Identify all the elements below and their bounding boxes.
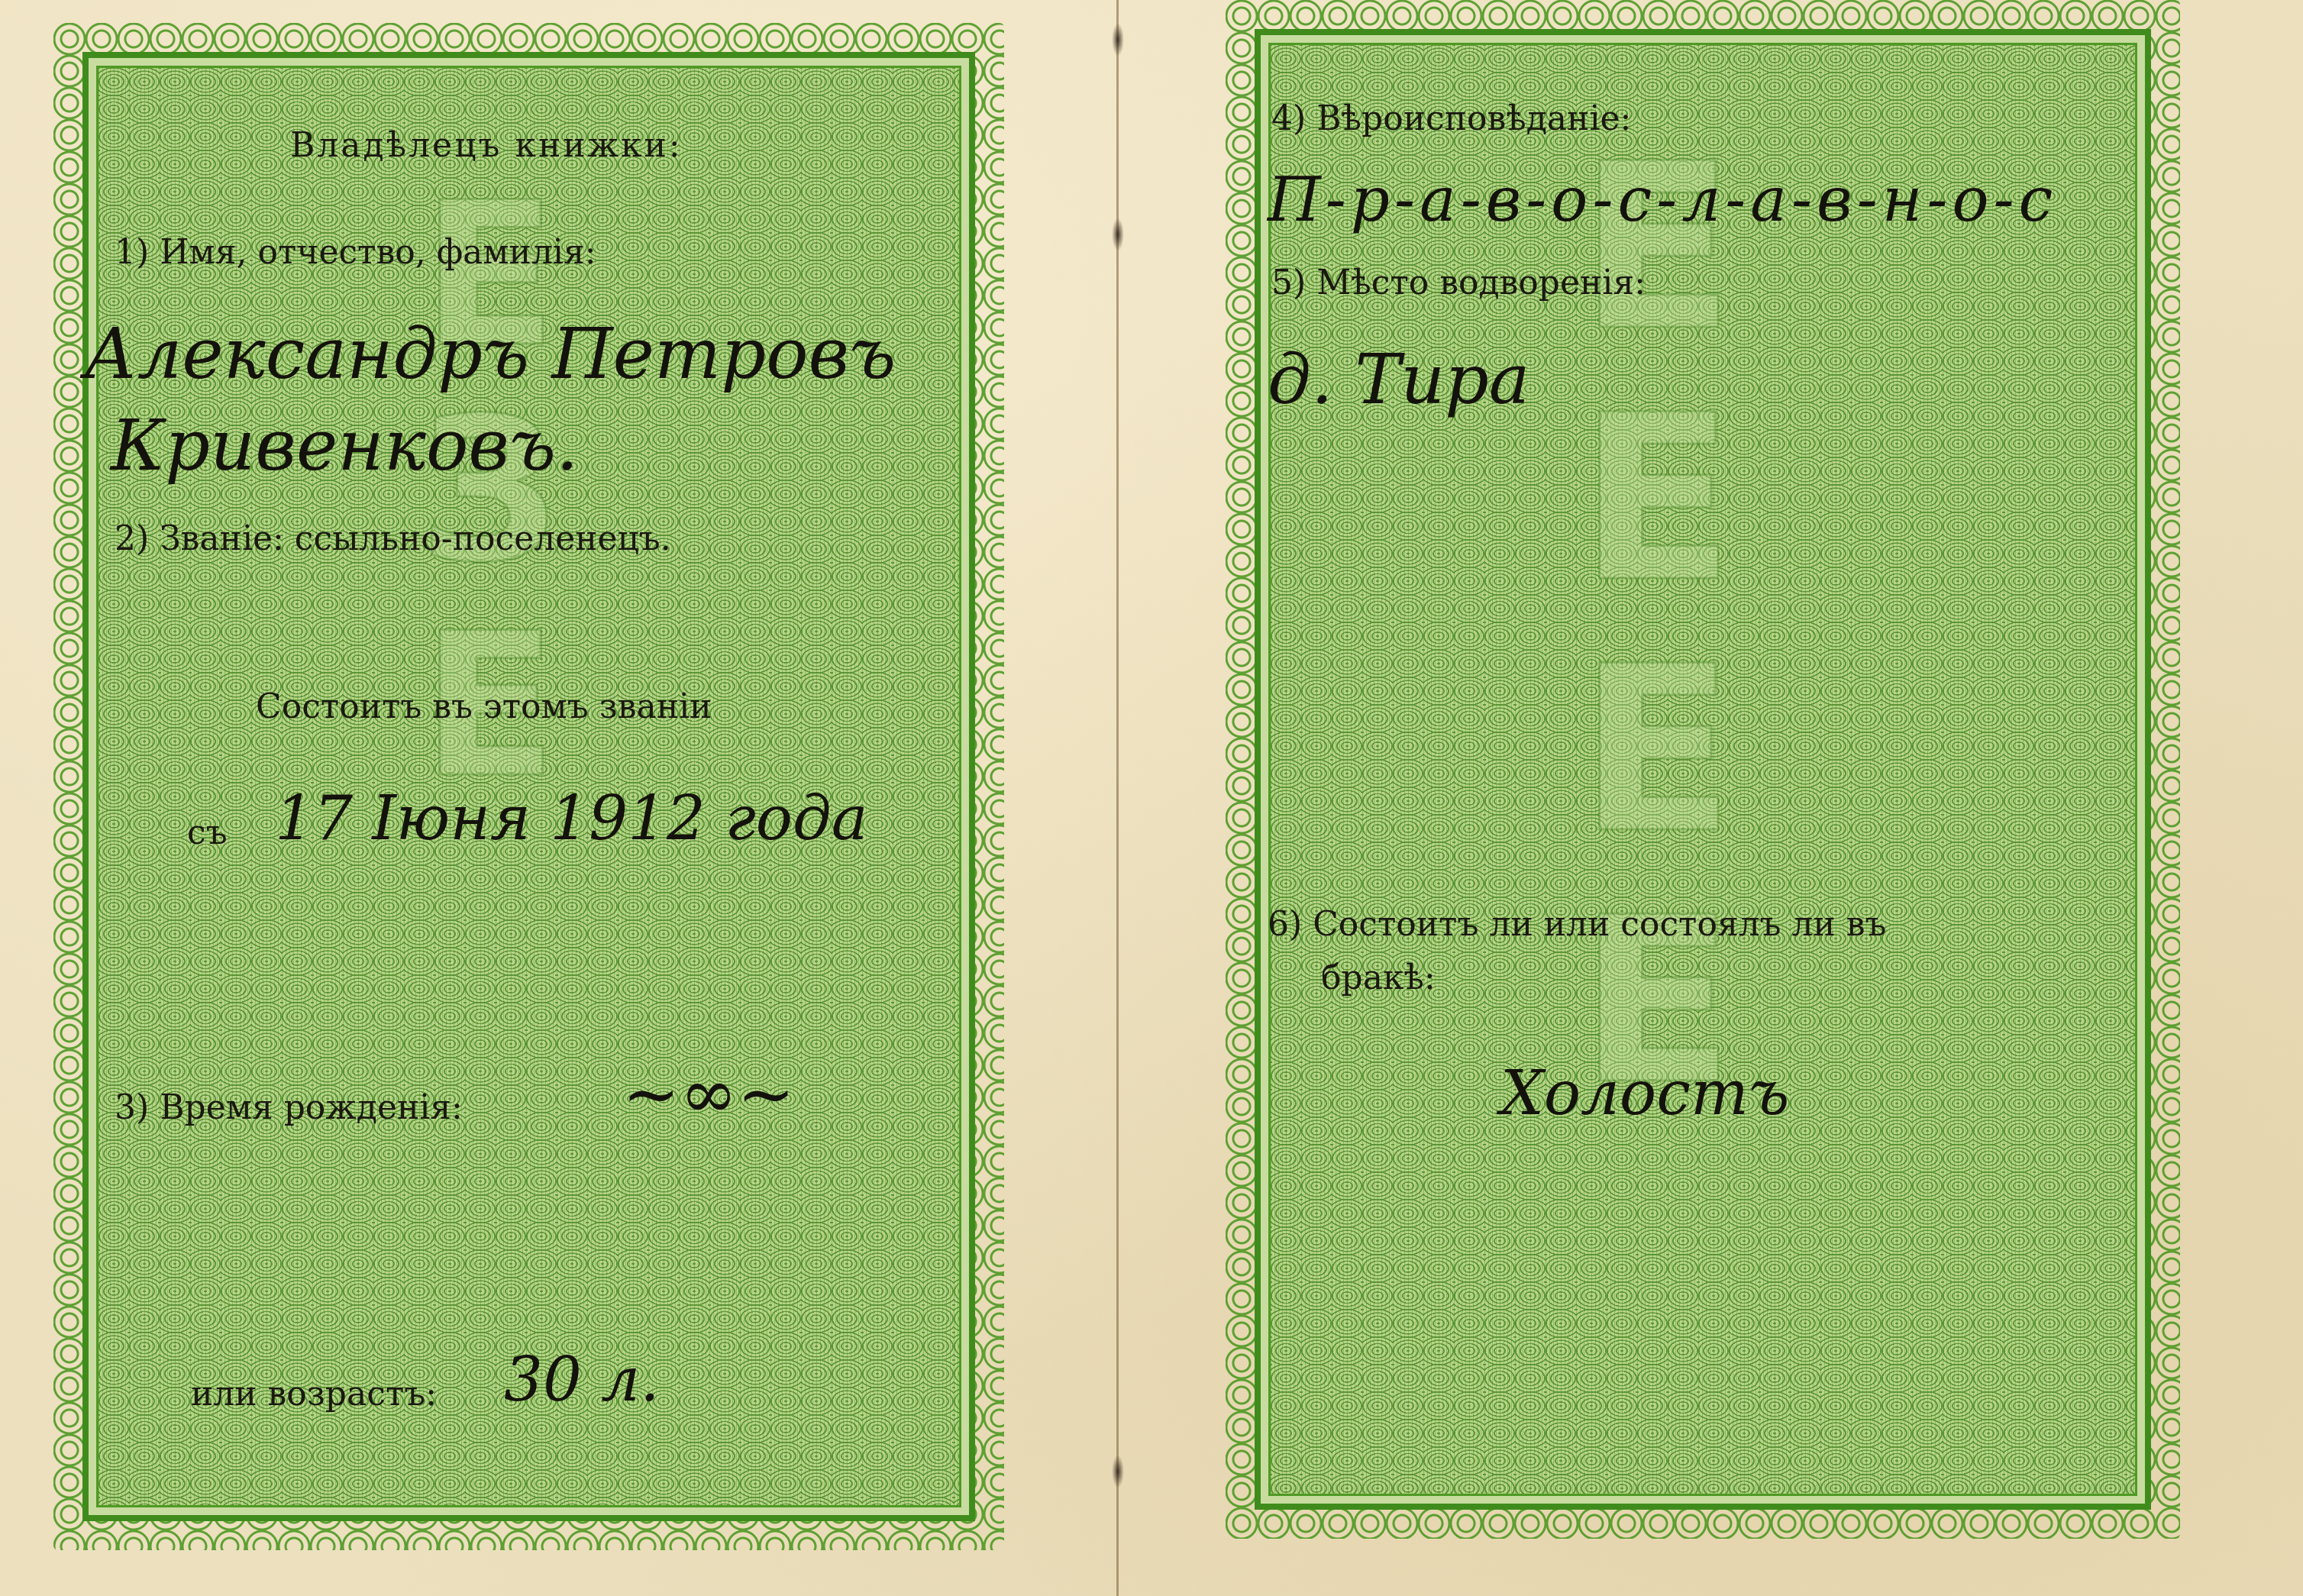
field-marital-label: 6) Состоитъ ли или состоялъ ли въ (1268, 905, 1887, 944)
left-page: ЕЗЕ Владѣлецъ книжки: 1) Имя, отчество, … (53, 23, 1004, 1550)
handwritten-residence: д. Тира (1268, 340, 1530, 420)
age-label: или возрастъ: (191, 1375, 437, 1413)
binding-stitch (1112, 218, 1124, 251)
since-prefix: съ (187, 813, 228, 852)
binding-stitch (1112, 23, 1124, 57)
field-marital-label-cont: бракѣ: (1321, 958, 1436, 997)
handwritten-since-date: 17 Іюня 1912 года (275, 783, 867, 854)
handwritten-religion: П-р-а-в-о-с-л-а-в-н-о-с (1268, 164, 2057, 235)
binding-stitch (1112, 1455, 1124, 1488)
field-name-label: 1) Имя, отчество, фамилія: (115, 233, 596, 272)
handwritten-marital-status: Холостъ (1500, 1058, 1789, 1129)
right-page: ЕЕЕЕ 4) Вѣроисповѣданіе: П-р-а-в-о-с-л-а… (1226, 0, 2180, 1539)
handwritten-birth-flourish: ~∞~ (622, 1054, 795, 1134)
handwritten-age: 30 л. (504, 1344, 660, 1415)
field-birth-label: 3) Время рожденія: (115, 1088, 463, 1127)
field-rank-label: 2) Званіе: ссыльно-поселенецъ. (115, 519, 671, 558)
owner-heading: Владѣлецъ книжки: (290, 126, 683, 165)
status-since-heading: Состоитъ въ этомъ званіи (256, 687, 712, 726)
field-religion-label: 4) Вѣроисповѣданіе: (1271, 99, 1631, 138)
handwritten-surname: Кривенковъ. (111, 405, 578, 486)
field-residence-label: 5) Мѣсто водворенія: (1271, 263, 1646, 302)
handwritten-first-names: Александръ Петровъ (84, 313, 896, 395)
